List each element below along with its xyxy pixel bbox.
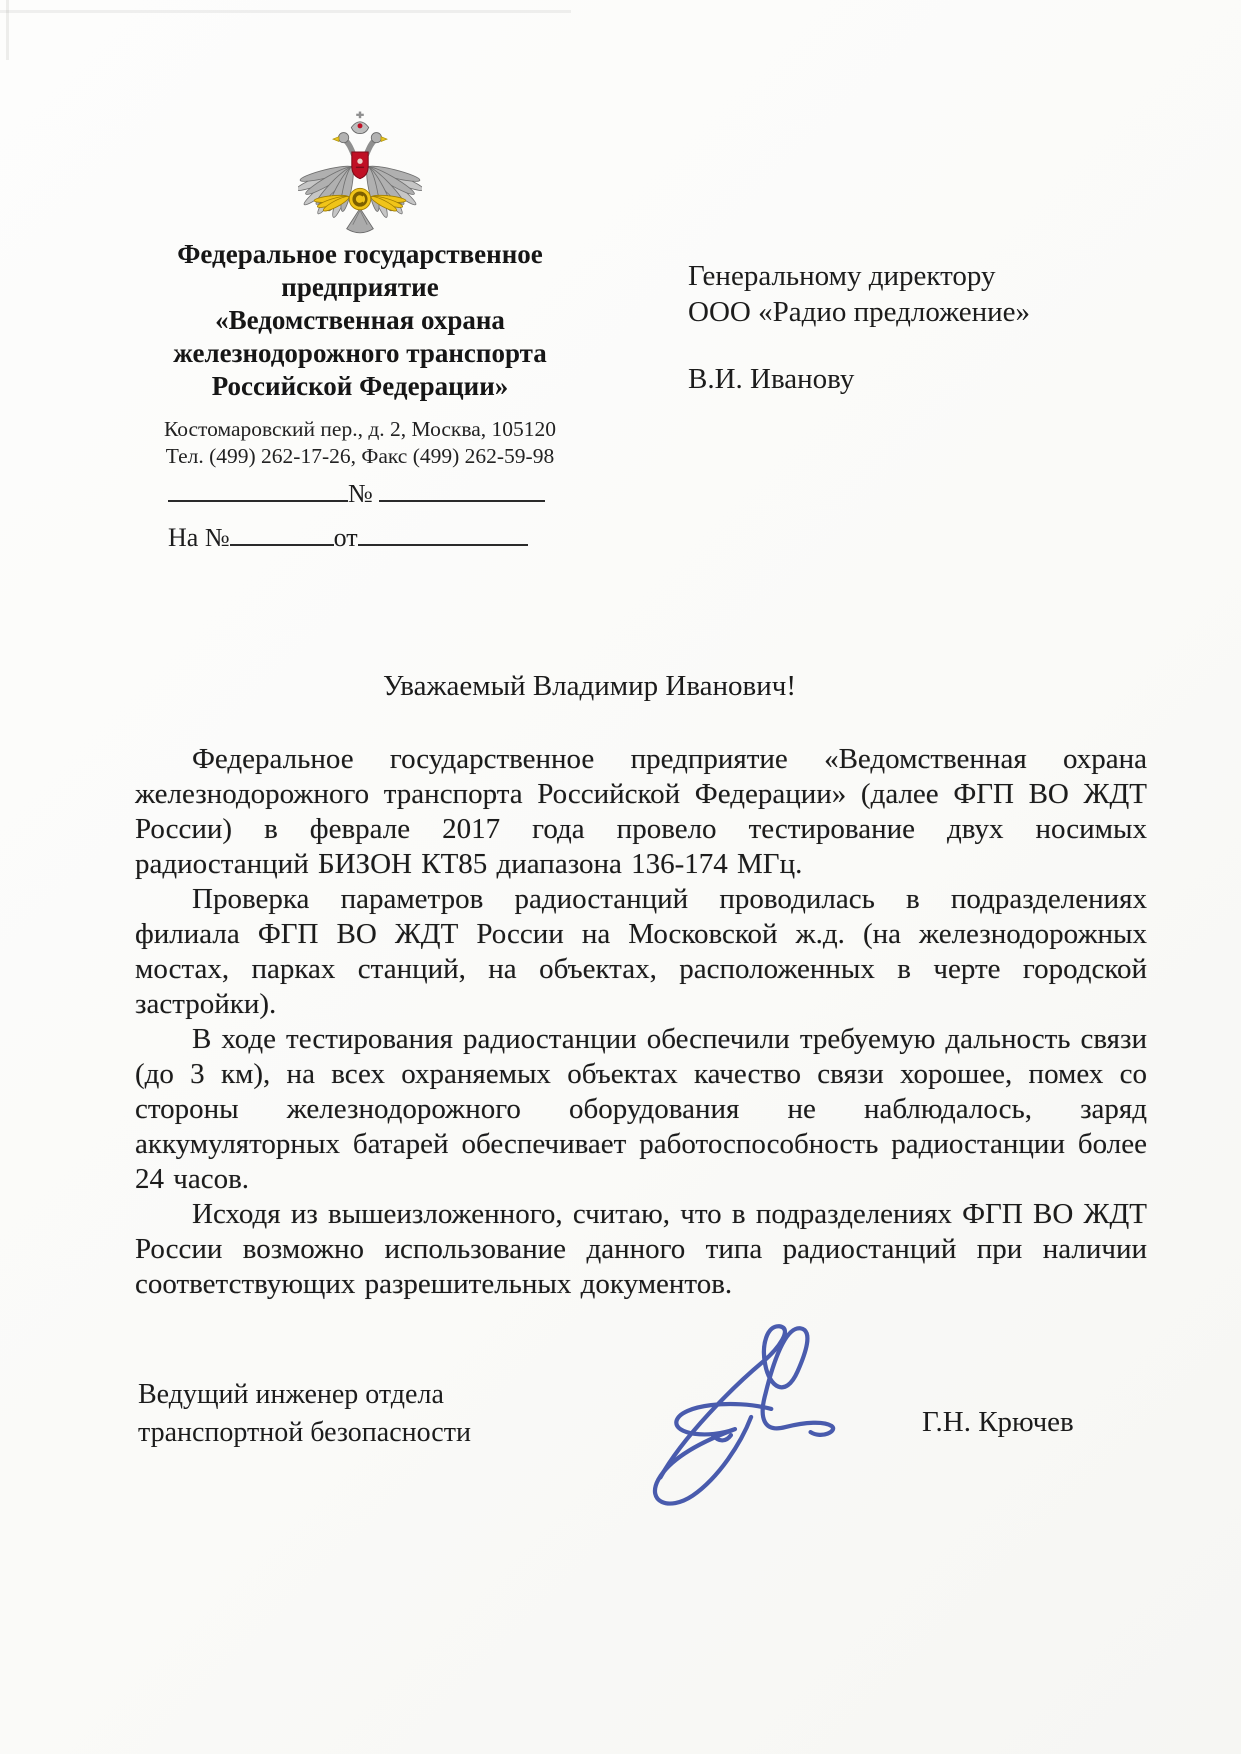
paragraph: Проверка параметров радиостанций проводи… [135,882,1147,1022]
number-sign-label: № [348,479,373,508]
paragraph: Федеральное государственное предприятие … [135,742,1147,882]
org-address-line: Костомаровский пер., д. 2, Москва, 10512… [123,416,597,443]
letter-body: Федеральное государственное предприятие … [135,742,1147,1302]
addressee-position: Генеральному директору [688,258,1030,294]
handwritten-signature [612,1316,864,1518]
date-blank-field [168,474,348,502]
reply-date-blank-field [358,518,528,546]
paragraph: В ходе тестирования радиостанции обеспеч… [135,1022,1147,1197]
doc-number-line: № [168,474,545,509]
scan-artifact [0,10,571,13]
org-address: Костомаровский пер., д. 2, Москва, 10512… [123,416,597,470]
org-name: Федеральное государственное предприятие … [133,238,587,403]
reply-reference-line: На №от [168,518,528,553]
scanned-letter-page: Федеральное государственное предприятие … [0,0,1241,1754]
org-phone-line: Тел. (499) 262-17-26, Факс (499) 262-59-… [123,443,597,470]
salutation: Уважаемый Владимир Иванович! [383,670,796,703]
reply-infix-label: от [334,523,358,552]
paragraph: Исходя из вышеизложенного, считаю, что в… [135,1197,1147,1302]
reply-prefix-label: На № [168,523,230,552]
addressee-name: В.И. Иванову [688,361,1030,397]
addressee-company: ООО «Радио предложение» [688,294,1030,330]
signer-job-title: Ведущий инженер отдела транспортной безо… [138,1376,471,1452]
double-headed-eagle-railway-emblem-icon [298,110,422,238]
number-blank-field [379,474,545,502]
scan-artifact [6,0,9,60]
reply-number-blank-field [230,518,334,546]
signer-name: Г.Н. Крючев [922,1406,1074,1439]
addressee-block: Генеральному директору ООО «Радио предло… [688,258,1030,397]
